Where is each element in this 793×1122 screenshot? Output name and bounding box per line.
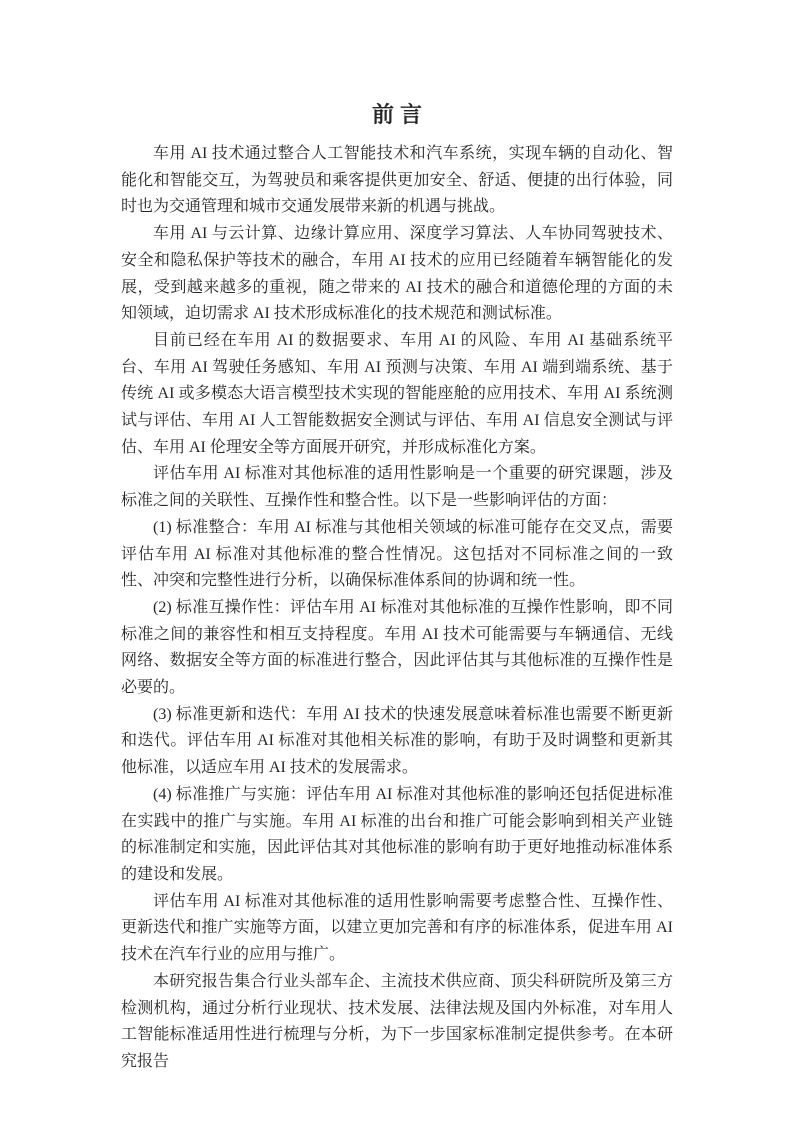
- paragraph: (2) 标准互操作性：评估车用 AI 标准对其他标准的互操作性影响，即不同标准之…: [121, 595, 673, 702]
- paragraph: (1) 标准整合：车用 AI 标准与其他相关领域的标准可能存在交叉点，需要评估车…: [121, 515, 673, 595]
- paragraph: 评估车用 AI 标准对其他标准的适用性影响是一个重要的研究课题，涉及标准之间的关…: [121, 461, 673, 514]
- paragraph: 本研究报告集合行业头部车企、主流技术供应商、顶尖科研院所及第三方检测机构，通过分…: [121, 969, 673, 1076]
- page-title: 前言: [121, 100, 673, 130]
- paragraph: 车用 AI 技术通过整合人工智能技术和汽车系统，实现车辆的自动化、智能化和智能交…: [121, 141, 673, 221]
- document-body: 车用 AI 技术通过整合人工智能技术和汽车系统，实现车辆的自动化、智能化和智能交…: [121, 141, 673, 1076]
- paragraph: 车用 AI 与云计算、边缘计算应用、深度学习算法、人车协同驾驶技术、安全和隐私保…: [121, 221, 673, 328]
- paragraph: (3) 标准更新和迭代：车用 AI 技术的快速发展意味着标准也需要不断更新和迭代…: [121, 702, 673, 782]
- paragraph: 目前已经在车用 AI 的数据要求、车用 AI 的风险、车用 AI 基础系统平台、…: [121, 328, 673, 462]
- paragraph: 评估车用 AI 标准对其他标准的适用性影响需要考虑整合性、互操作性、更新迭代和推…: [121, 889, 673, 969]
- paragraph: (4) 标准推广与实施：评估车用 AI 标准对其他标准的影响还包括促进标准在实践…: [121, 782, 673, 889]
- document-page: 前言 车用 AI 技术通过整合人工智能技术和汽车系统，实现车辆的自动化、智能化和…: [0, 0, 793, 1122]
